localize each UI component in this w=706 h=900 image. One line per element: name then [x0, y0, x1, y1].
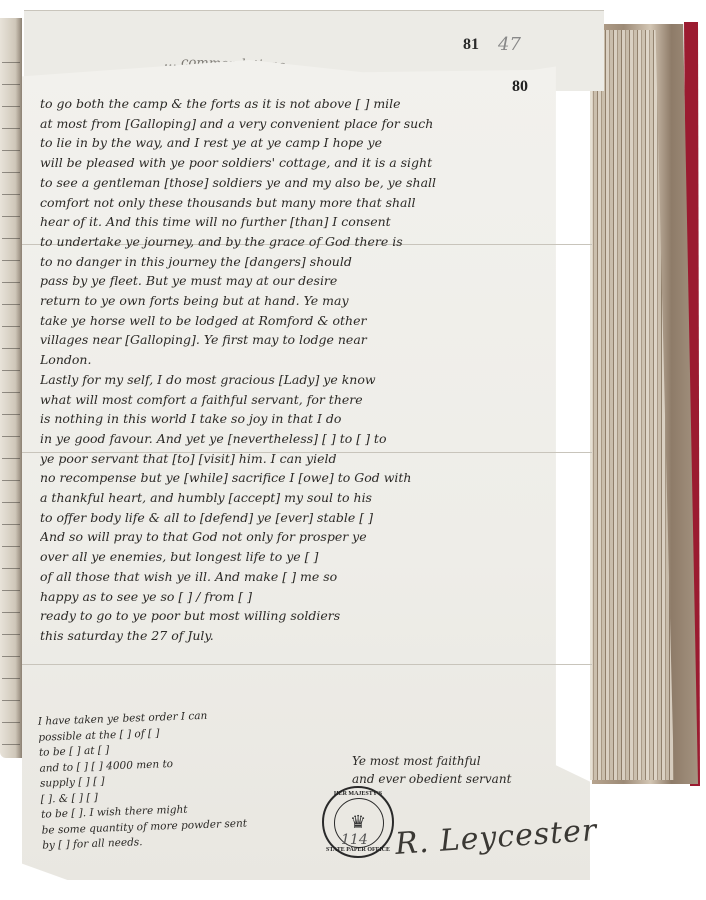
letter-line: London. [40, 350, 560, 370]
letter-line: ready to go to ye poor but most willing … [40, 606, 560, 626]
letter-line: to offer body life & all to [defend] ye … [40, 508, 560, 528]
letter-line: to no danger in this journey the [danger… [40, 252, 560, 272]
letter-closing: Ye most most faithful and ever obedient … [352, 752, 511, 788]
letter-line: what will most comfort a faithful servan… [40, 390, 560, 410]
letter-line: at most from [Galloping] and a very conv… [40, 114, 560, 134]
letter-line: over all ye enemies, but longest life to… [40, 547, 560, 567]
postscript: I have taken ye best order I can possibl… [38, 705, 313, 854]
letter-line: no recompense but ye [while] sacrifice I… [40, 468, 560, 488]
letter-line: take ye horse well to be lodged at Romfo… [40, 311, 560, 331]
left-gutter-page [0, 18, 22, 758]
letter-line: to lie in by the way, and I rest ye at y… [40, 133, 560, 153]
closing-line: Ye most most faithful [352, 752, 511, 770]
letter-line: to see a gentleman [those] soldiers ye a… [40, 173, 560, 193]
folio-number-upper: 81 [463, 36, 479, 54]
letter-body: to go both the camp & the forts as it is… [40, 94, 560, 646]
letter-line: in ye good favour. And yet ye [neverthel… [40, 429, 560, 449]
letter-line: hear of it. And this time will no furthe… [40, 212, 560, 232]
crown-crest-icon: ♛ [350, 812, 366, 833]
letter-line: is nothing in this world I take so joy i… [40, 409, 560, 429]
bound-volume: … commendations … 81 47 80 to go both th… [0, 0, 706, 900]
bottom-sheet-number: 114 [341, 832, 368, 848]
letter-line: return to ye own forts being but at hand… [40, 291, 560, 311]
closing-line: and ever obedient servant [352, 770, 511, 788]
left-page-handwriting [2, 48, 20, 748]
pencil-folio-number: 47 [498, 34, 521, 55]
letter-line: comfort not only these thousands but man… [40, 193, 560, 213]
stamp-top-text: HER MAJESTY'S [324, 791, 392, 797]
letter-line: ye poor servant that [to] [visit] him. I… [40, 449, 560, 469]
letter-line: to go both the camp & the forts as it is… [40, 94, 560, 114]
fold-line [22, 664, 592, 665]
letter-line: villages near [Galloping]. Ye first may … [40, 330, 560, 350]
letter-line: a thankful heart, and humbly [accept] my… [40, 488, 560, 508]
letter-line: And so will pray to that God not only fo… [40, 527, 560, 547]
letter-line: happy as to see ye so [ ] / from [ ] [40, 587, 560, 607]
letter-line: Lastly for my self, I do most gracious [… [40, 370, 560, 390]
letter-line: of all those that wish ye ill. And make … [40, 567, 560, 587]
letter-line: will be pleased with ye poor soldiers' c… [40, 153, 560, 173]
letter-line: pass by ye fleet. But ye must may at our… [40, 271, 560, 291]
letter-date-line: this saturday the 27 of July. [40, 626, 560, 646]
letter-line: to undertake ye journey, and by the grac… [40, 232, 560, 252]
